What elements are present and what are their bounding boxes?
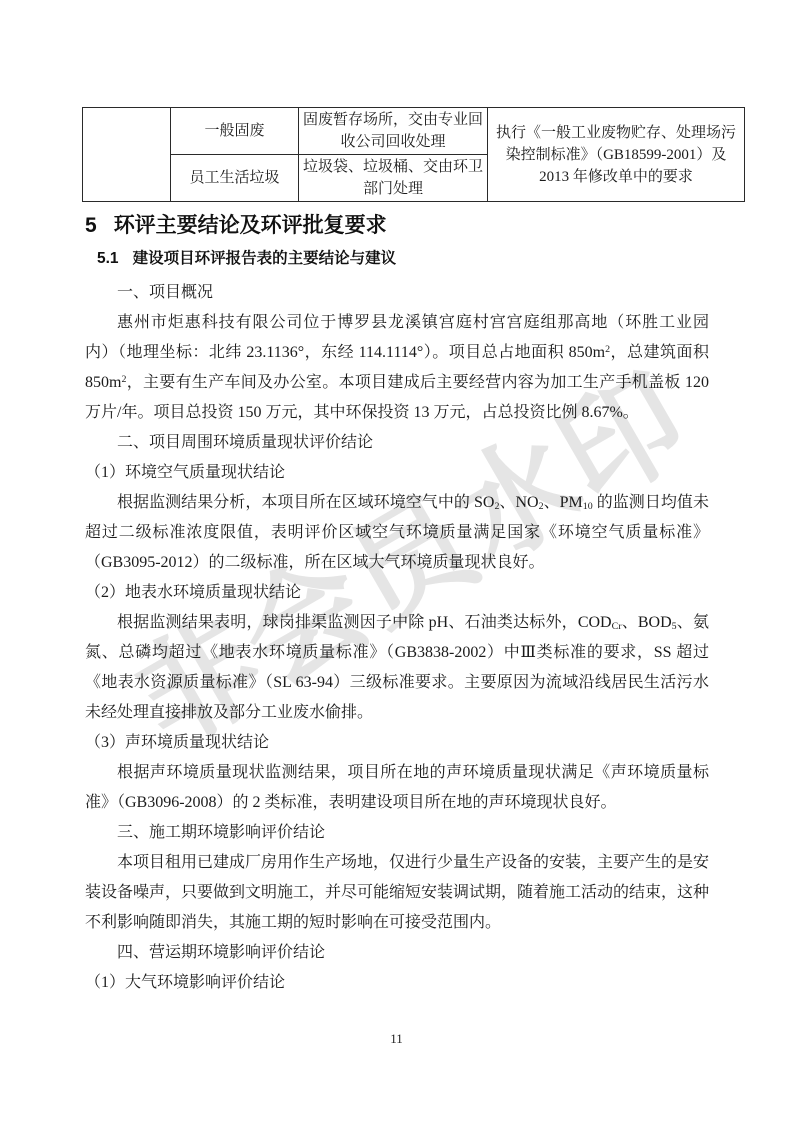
subsection-title: 建设项目环评报告表的主要结论与建议	[133, 250, 397, 267]
page-number: 11	[0, 1031, 793, 1047]
document-page: 非会员水印 一般固废 固废暂存场所，交由专业回收公司回收处理 执行《一般工业废物…	[0, 0, 793, 1122]
document-body: 一、项目概况惠州市炬惠科技有限公司位于博罗县龙溪镇宫庭村宫宫庭组那高地（环胜工业…	[85, 278, 709, 998]
paragraph-construction-period: 本项目租用已建成厂房用作生产场地，仅进行少量生产设备的安装，主要产生的是安装设备…	[85, 848, 709, 938]
section-number: 5	[85, 214, 97, 237]
paragraph-project-overview: 惠州市炬惠科技有限公司位于博罗县龙溪镇宫庭村宫宫庭组那高地（环胜工业园内）（地理…	[85, 308, 709, 428]
table-cell-disposal-measure: 固废暂存场所，交由专业回收公司回收处理	[299, 108, 488, 155]
waste-disposal-table: 一般固废 固废暂存场所，交由专业回收公司回收处理 执行《一般工业废物贮存、处理场…	[82, 107, 745, 202]
label-1-air-quality: （1）环境空气质量现状结论	[85, 458, 709, 488]
subsection-number: 5.1	[97, 250, 119, 267]
table-cell-disposal-measure: 垃圾袋、垃圾桶、交由环卫部门处理	[299, 155, 488, 202]
list-item-2-surrounding-env-quality: 二、项目周围环境质量现状评价结论	[85, 428, 709, 458]
label-2-surface-water: （2）地表水环境质量现状结论	[85, 578, 709, 608]
paragraph-acoustic: 根据声环境质量现状监测结果，项目所在地的声环境质量现状满足《声环境质量标准》（G…	[85, 758, 709, 818]
table-row: 一般固废 固废暂存场所，交由专业回收公司回收处理 执行《一般工业废物贮存、处理场…	[83, 108, 745, 155]
list-item-1-project-overview: 一、项目概况	[85, 278, 709, 308]
table-cell-empty	[83, 108, 171, 202]
list-item-3-construction-period: 三、施工期环境影响评价结论	[85, 818, 709, 848]
section-heading: 5环评主要结论及环评批复要求	[85, 209, 387, 239]
label-3-acoustic: （3）声环境质量现状结论	[85, 728, 709, 758]
table-cell-waste-category: 一般固废	[171, 108, 299, 155]
table-cell-waste-category: 员工生活垃圾	[171, 155, 299, 202]
list-item-4-operation-period: 四、营运期环境影响评价结论	[85, 938, 709, 968]
subsection-heading: 5.1建设项目环评报告表的主要结论与建议	[97, 246, 396, 268]
table-cell-standard-requirement: 执行《一般工业废物贮存、处理场污染控制标准》（GB18599-2001）及 20…	[488, 108, 745, 202]
label-1-atmospheric-impact: （1）大气环境影响评价结论	[85, 968, 709, 998]
section-title: 环评主要结论及环评批复要求	[114, 214, 387, 237]
paragraph-air-quality: 根据监测结果分析，本项目所在区域环境空气中的 SO2、NO2、PM10 的监测日…	[85, 488, 709, 578]
paragraph-surface-water: 根据监测结果表明，球岗排渠监测因子中除 pH、石油类达标外，CODCr、BOD5…	[85, 608, 709, 728]
